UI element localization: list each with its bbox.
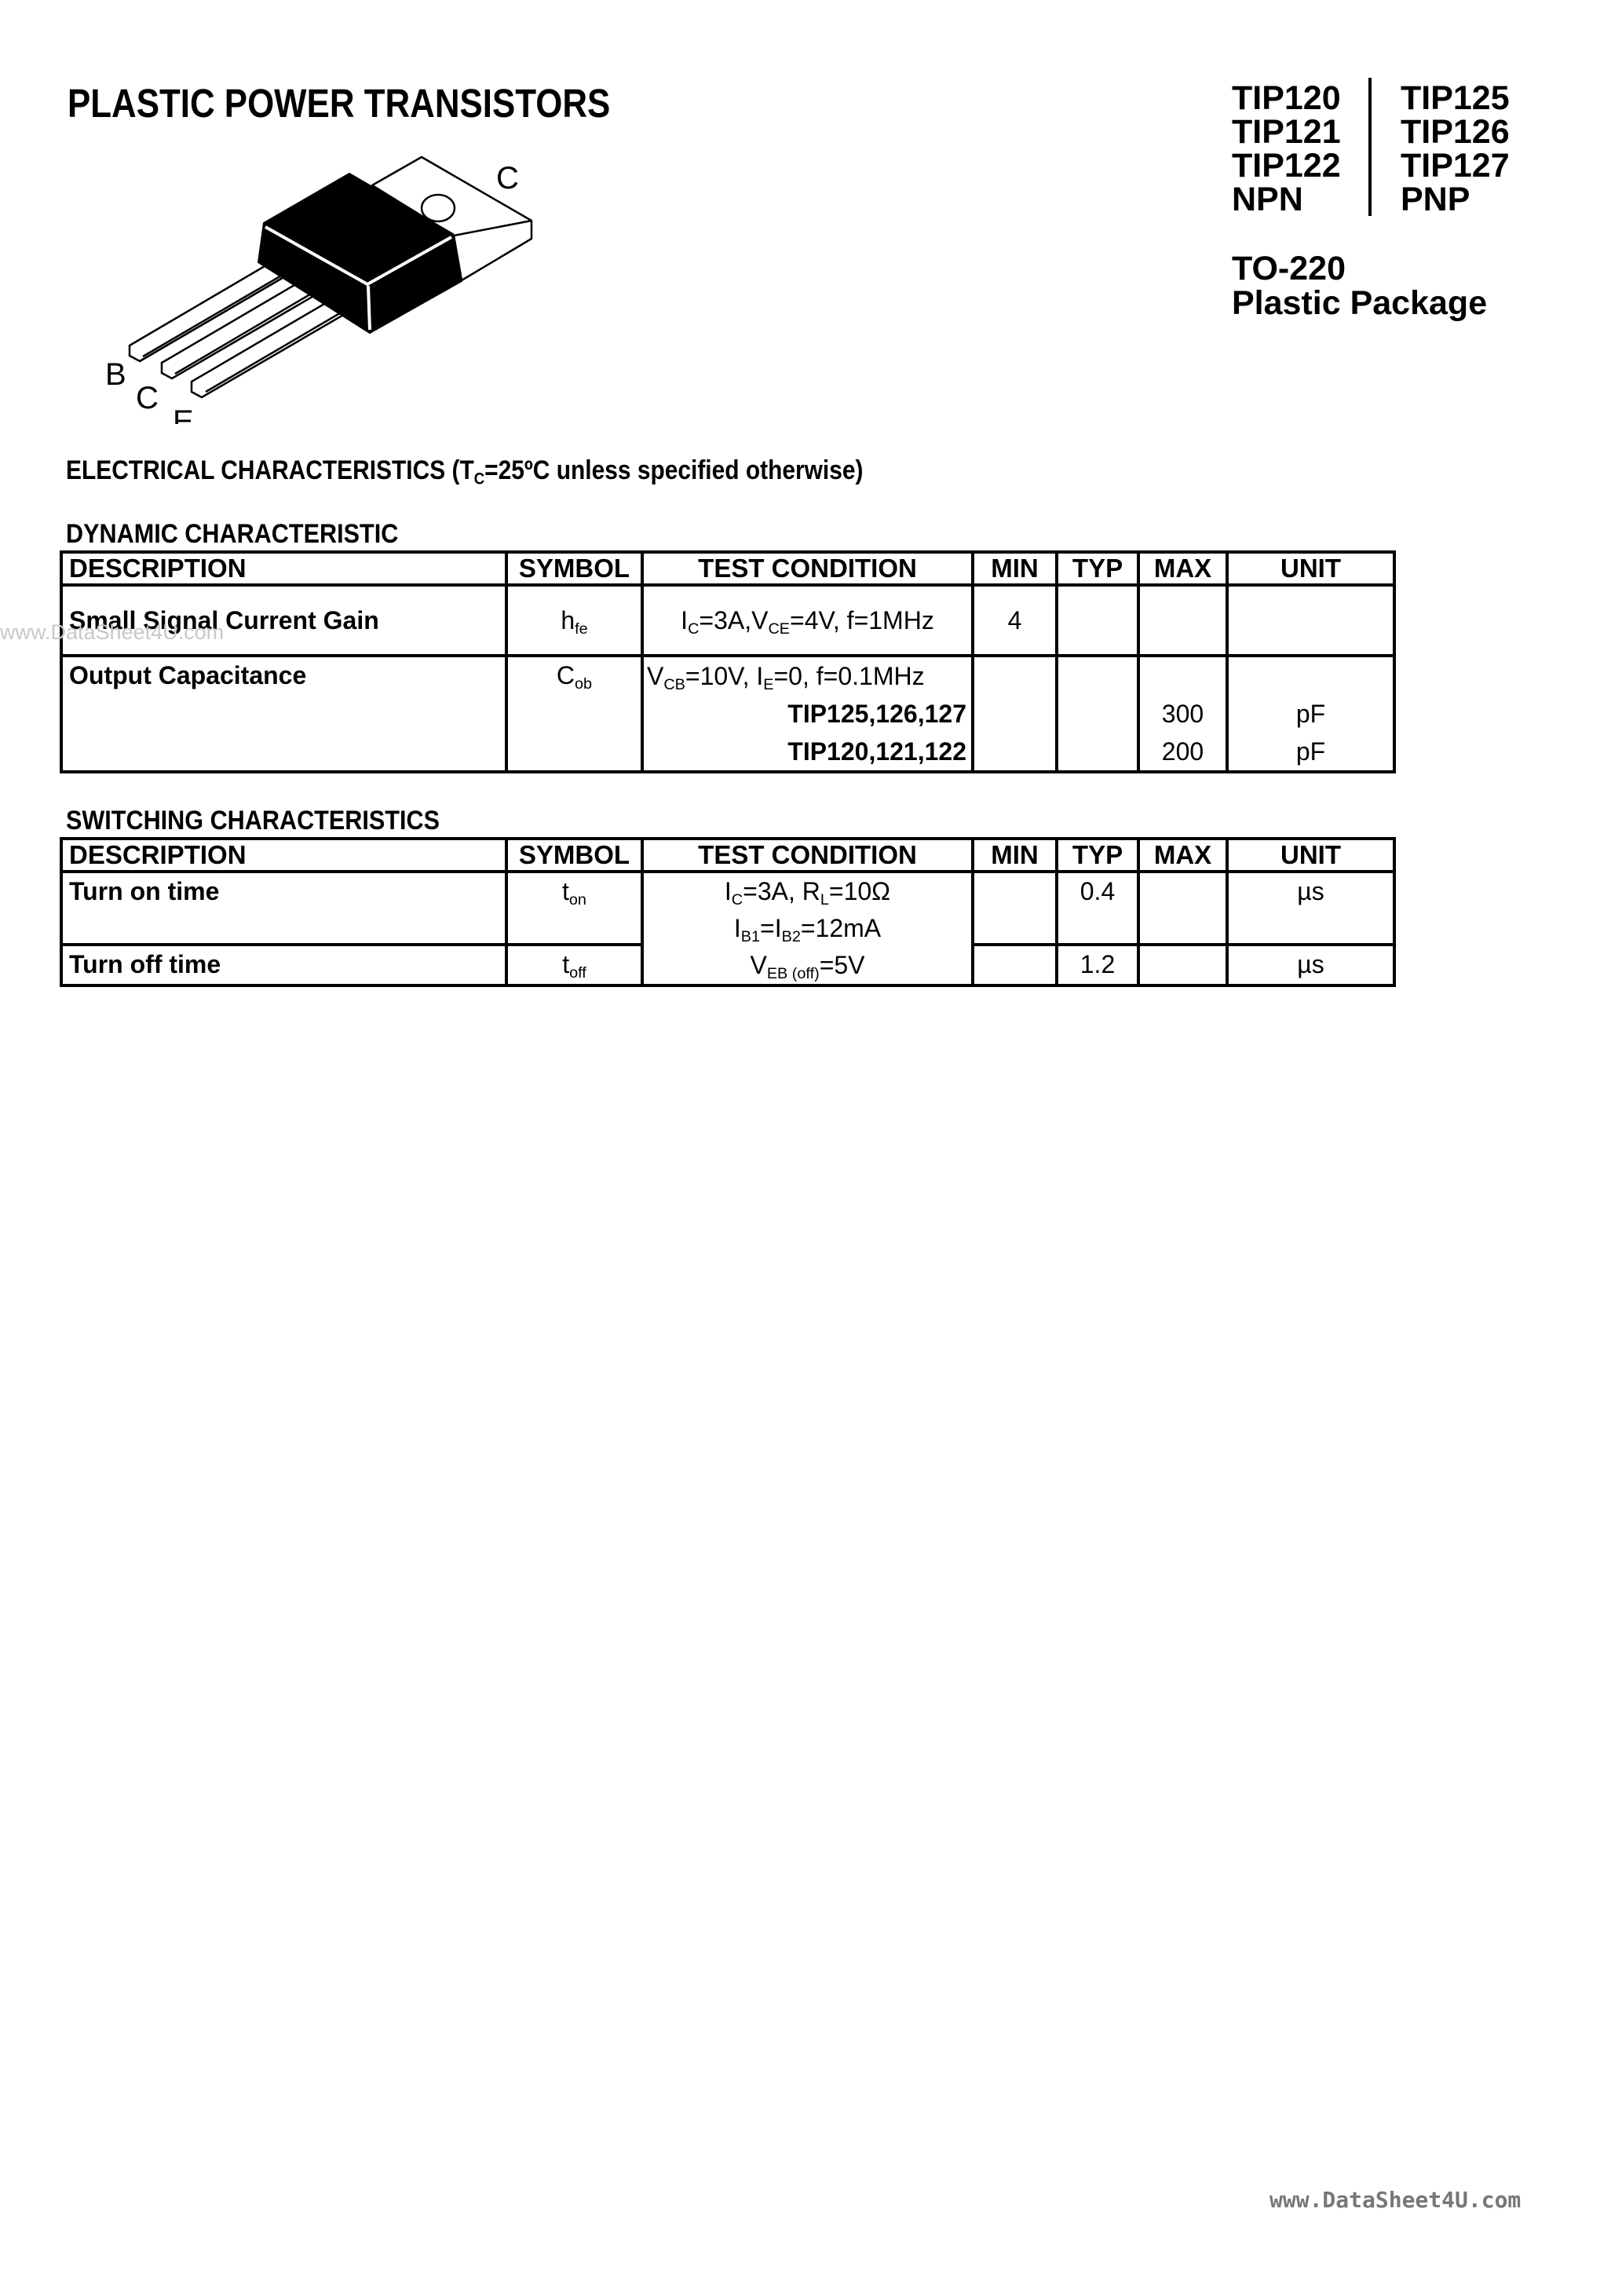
row-symbol: ton	[506, 872, 642, 945]
row-min	[973, 945, 1057, 985]
package-description: Plastic Package	[1232, 286, 1487, 320]
column-header: TEST CONDITION	[642, 839, 973, 872]
row-description: Output Capacitance	[61, 656, 506, 772]
row-description: Turn on time	[61, 872, 506, 945]
pin-label-base: B	[105, 357, 126, 392]
row-min	[973, 656, 1057, 772]
part-number: TIP126	[1401, 115, 1510, 149]
column-header: SYMBOL	[506, 839, 642, 872]
row-max	[1138, 872, 1227, 945]
dynamic-characteristic-heading: DYNAMIC CHARACTERISTIC	[66, 520, 435, 549]
row-typ: 1.2	[1057, 945, 1138, 985]
part-number: TIP122	[1232, 149, 1341, 183]
column-header: MAX	[1138, 839, 1227, 872]
column-header: MAX	[1138, 552, 1227, 585]
electrical-characteristics-heading: ELECTRICAL CHARACTERISTICS (TC=25ºC unle…	[66, 456, 972, 485]
part-number: TIP125	[1401, 82, 1510, 115]
condition-line: VCB=10V, IE=0, f=0.1MHz	[647, 657, 966, 695]
condition-line: VEB (off)=5V	[650, 947, 965, 984]
column-header: SYMBOL	[506, 552, 642, 585]
polarity-label: PNP	[1401, 183, 1510, 217]
row-test-condition: IC=3A,VCE=4V, f=1MHz	[642, 585, 973, 656]
polarity-label: NPN	[1232, 183, 1341, 217]
condition-line: IB1=IB2=12mA	[650, 910, 965, 947]
unit-value: pF	[1235, 695, 1386, 733]
column-header: TYP	[1057, 552, 1138, 585]
row-symbol: hfe	[506, 585, 642, 656]
switching-characteristics-table: DESCRIPTION SYMBOL TEST CONDITION MIN TY…	[60, 837, 1396, 987]
table-row: Turn on time ton IC=3A, RL=10Ω IB1=IB2=1…	[61, 872, 1394, 945]
heading-text: DYNAMIC CHARACTERISTIC	[66, 520, 398, 549]
switching-test-condition: IC=3A, RL=10Ω IB1=IB2=12mA VEB (off)=5V	[642, 872, 973, 985]
row-unit	[1227, 585, 1394, 656]
table-header-row: DESCRIPTION SYMBOL TEST CONDITION MIN TY…	[61, 552, 1394, 585]
to220-package-drawing: C B C E	[94, 141, 550, 424]
pin-label-collector: C	[136, 381, 159, 415]
row-typ	[1057, 585, 1138, 656]
row-max	[1138, 945, 1227, 985]
switching-characteristics-heading: SWITCHING CHARACTERISTICS	[66, 806, 481, 835]
symbol-subscript: on	[569, 891, 586, 909]
page-title: PLASTIC POWER TRANSISTORS	[68, 83, 699, 123]
max-value: 200	[1146, 733, 1219, 770]
column-header: UNIT	[1227, 552, 1394, 585]
symbol-main: h	[561, 606, 575, 634]
column-header: TEST CONDITION	[642, 552, 973, 585]
symbol-subscript: ob	[575, 675, 592, 693]
page-title-text: PLASTIC POWER TRANSISTORS	[68, 83, 610, 123]
heading-text: ELECTRICAL CHARACTERISTICS (T	[66, 455, 474, 485]
row-unit: pF pF	[1227, 656, 1394, 772]
part-number: TIP121	[1232, 115, 1341, 149]
heading-text: SWITCHING CHARACTERISTICS	[66, 806, 440, 835]
row-min	[973, 872, 1057, 945]
column-header: UNIT	[1227, 839, 1394, 872]
row-typ: 0.4	[1057, 872, 1138, 945]
column-header: DESCRIPTION	[61, 552, 506, 585]
tab-pin-label: C	[496, 161, 519, 196]
footer-link[interactable]: www.DataSheet4U.com	[1269, 2187, 1521, 2213]
package-type: TO-220	[1232, 251, 1487, 286]
part-number: TIP120	[1232, 82, 1341, 115]
row-max	[1138, 585, 1227, 656]
part-number: TIP127	[1401, 149, 1510, 183]
npn-part-list: TIP120 TIP121 TIP122 NPN	[1232, 82, 1341, 217]
table-header-row: DESCRIPTION SYMBOL TEST CONDITION MIN TY…	[61, 839, 1394, 872]
heading-text: =25ºC unless specified otherwise)	[484, 455, 863, 485]
symbol-main: C	[557, 661, 575, 689]
column-header: MIN	[973, 839, 1057, 872]
column-header: DESCRIPTION	[61, 839, 506, 872]
table-row: Small Signal Current Gain hfe IC=3A,VCE=…	[61, 585, 1394, 656]
row-symbol: toff	[506, 945, 642, 985]
symbol-main: t	[562, 877, 569, 905]
symbol-subscript: off	[569, 964, 586, 982]
package-info: TO-220 Plastic Package	[1232, 251, 1487, 320]
row-description: Turn off time	[61, 945, 506, 985]
row-unit: µs	[1227, 945, 1394, 985]
dynamic-characteristics-table: DESCRIPTION SYMBOL TEST CONDITION MIN TY…	[60, 550, 1396, 773]
pin-label-emitter: E	[173, 404, 194, 424]
part-list-divider	[1368, 78, 1372, 216]
column-header: MIN	[973, 552, 1057, 585]
pnp-part-list: TIP125 TIP126 TIP127 PNP	[1401, 82, 1510, 217]
table-row: Output Capacitance Cob VCB=10V, IE=0, f=…	[61, 656, 1394, 772]
row-min: 4	[973, 585, 1057, 656]
watermark: www.DataSheet4U.com	[0, 620, 224, 645]
row-max: 300 200	[1138, 656, 1227, 772]
max-value: 300	[1146, 695, 1219, 733]
row-typ	[1057, 656, 1138, 772]
condition-line: IC=3A, RL=10Ω	[650, 873, 965, 910]
heading-subscript: C	[474, 470, 484, 488]
column-header: TYP	[1057, 839, 1138, 872]
row-test-condition: VCB=10V, IE=0, f=0.1MHz TIP125,126,127 T…	[642, 656, 973, 772]
symbol-main: t	[562, 950, 569, 978]
row-unit: µs	[1227, 872, 1394, 945]
part-group: TIP125,126,127	[647, 695, 966, 733]
row-symbol: Cob	[506, 656, 642, 772]
unit-value: pF	[1235, 733, 1386, 770]
symbol-subscript: fe	[575, 620, 588, 638]
part-group: TIP120,121,122	[647, 733, 966, 770]
